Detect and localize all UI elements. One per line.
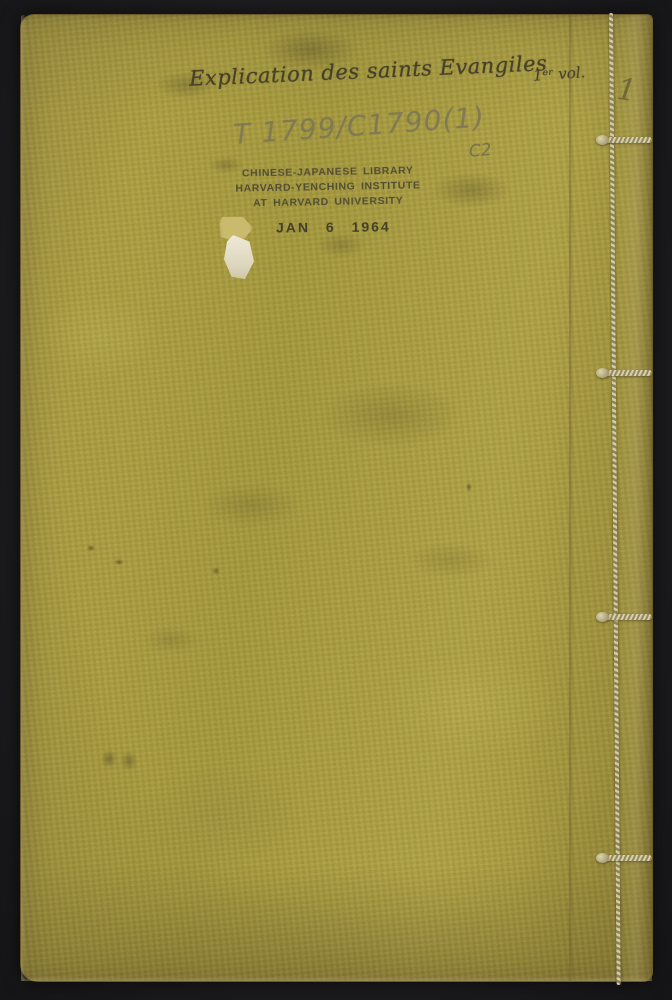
chip-tear-white — [224, 235, 254, 279]
spine-edge-strip — [617, 15, 652, 981]
stitch-knot — [596, 612, 609, 622]
library-stamp: CHINESE-JAPANESE LIBRARY HARVARD-YENCHIN… — [203, 163, 454, 212]
call-number-suffix: C2 — [468, 140, 493, 162]
volume-note: 1ᵉʳ vol. — [532, 63, 586, 85]
stitch-knot — [596, 368, 609, 378]
spine-fold-crease — [569, 15, 571, 981]
worn-left-edge — [21, 15, 26, 981]
stitch-knot — [596, 853, 609, 863]
date-stamp: JAN 6 1964 — [276, 218, 391, 235]
binding-stitch-4 — [601, 855, 652, 861]
faint-ink-smudge — [93, 743, 145, 779]
stitch-knot — [596, 135, 609, 145]
photo-backdrop: Explication des saints Evangiles 1ᵉʳ vol… — [0, 0, 672, 1000]
handwritten-title: Explication des saints Evangiles — [189, 51, 548, 91]
call-number-pencil: T 1799/C1790(1) — [232, 100, 486, 151]
binding-stitch-2 — [601, 370, 652, 376]
book-cover: Explication des saints Evangiles 1ᵉʳ vol… — [20, 14, 653, 982]
worn-bottom-edge — [21, 976, 652, 981]
binding-stitch-1 — [601, 137, 652, 143]
library-stamp-line-3: AT HARVARD UNIVERSITY — [203, 193, 453, 212]
binding-stitch-3 — [601, 614, 652, 620]
torn-paper-chip — [219, 215, 259, 279]
